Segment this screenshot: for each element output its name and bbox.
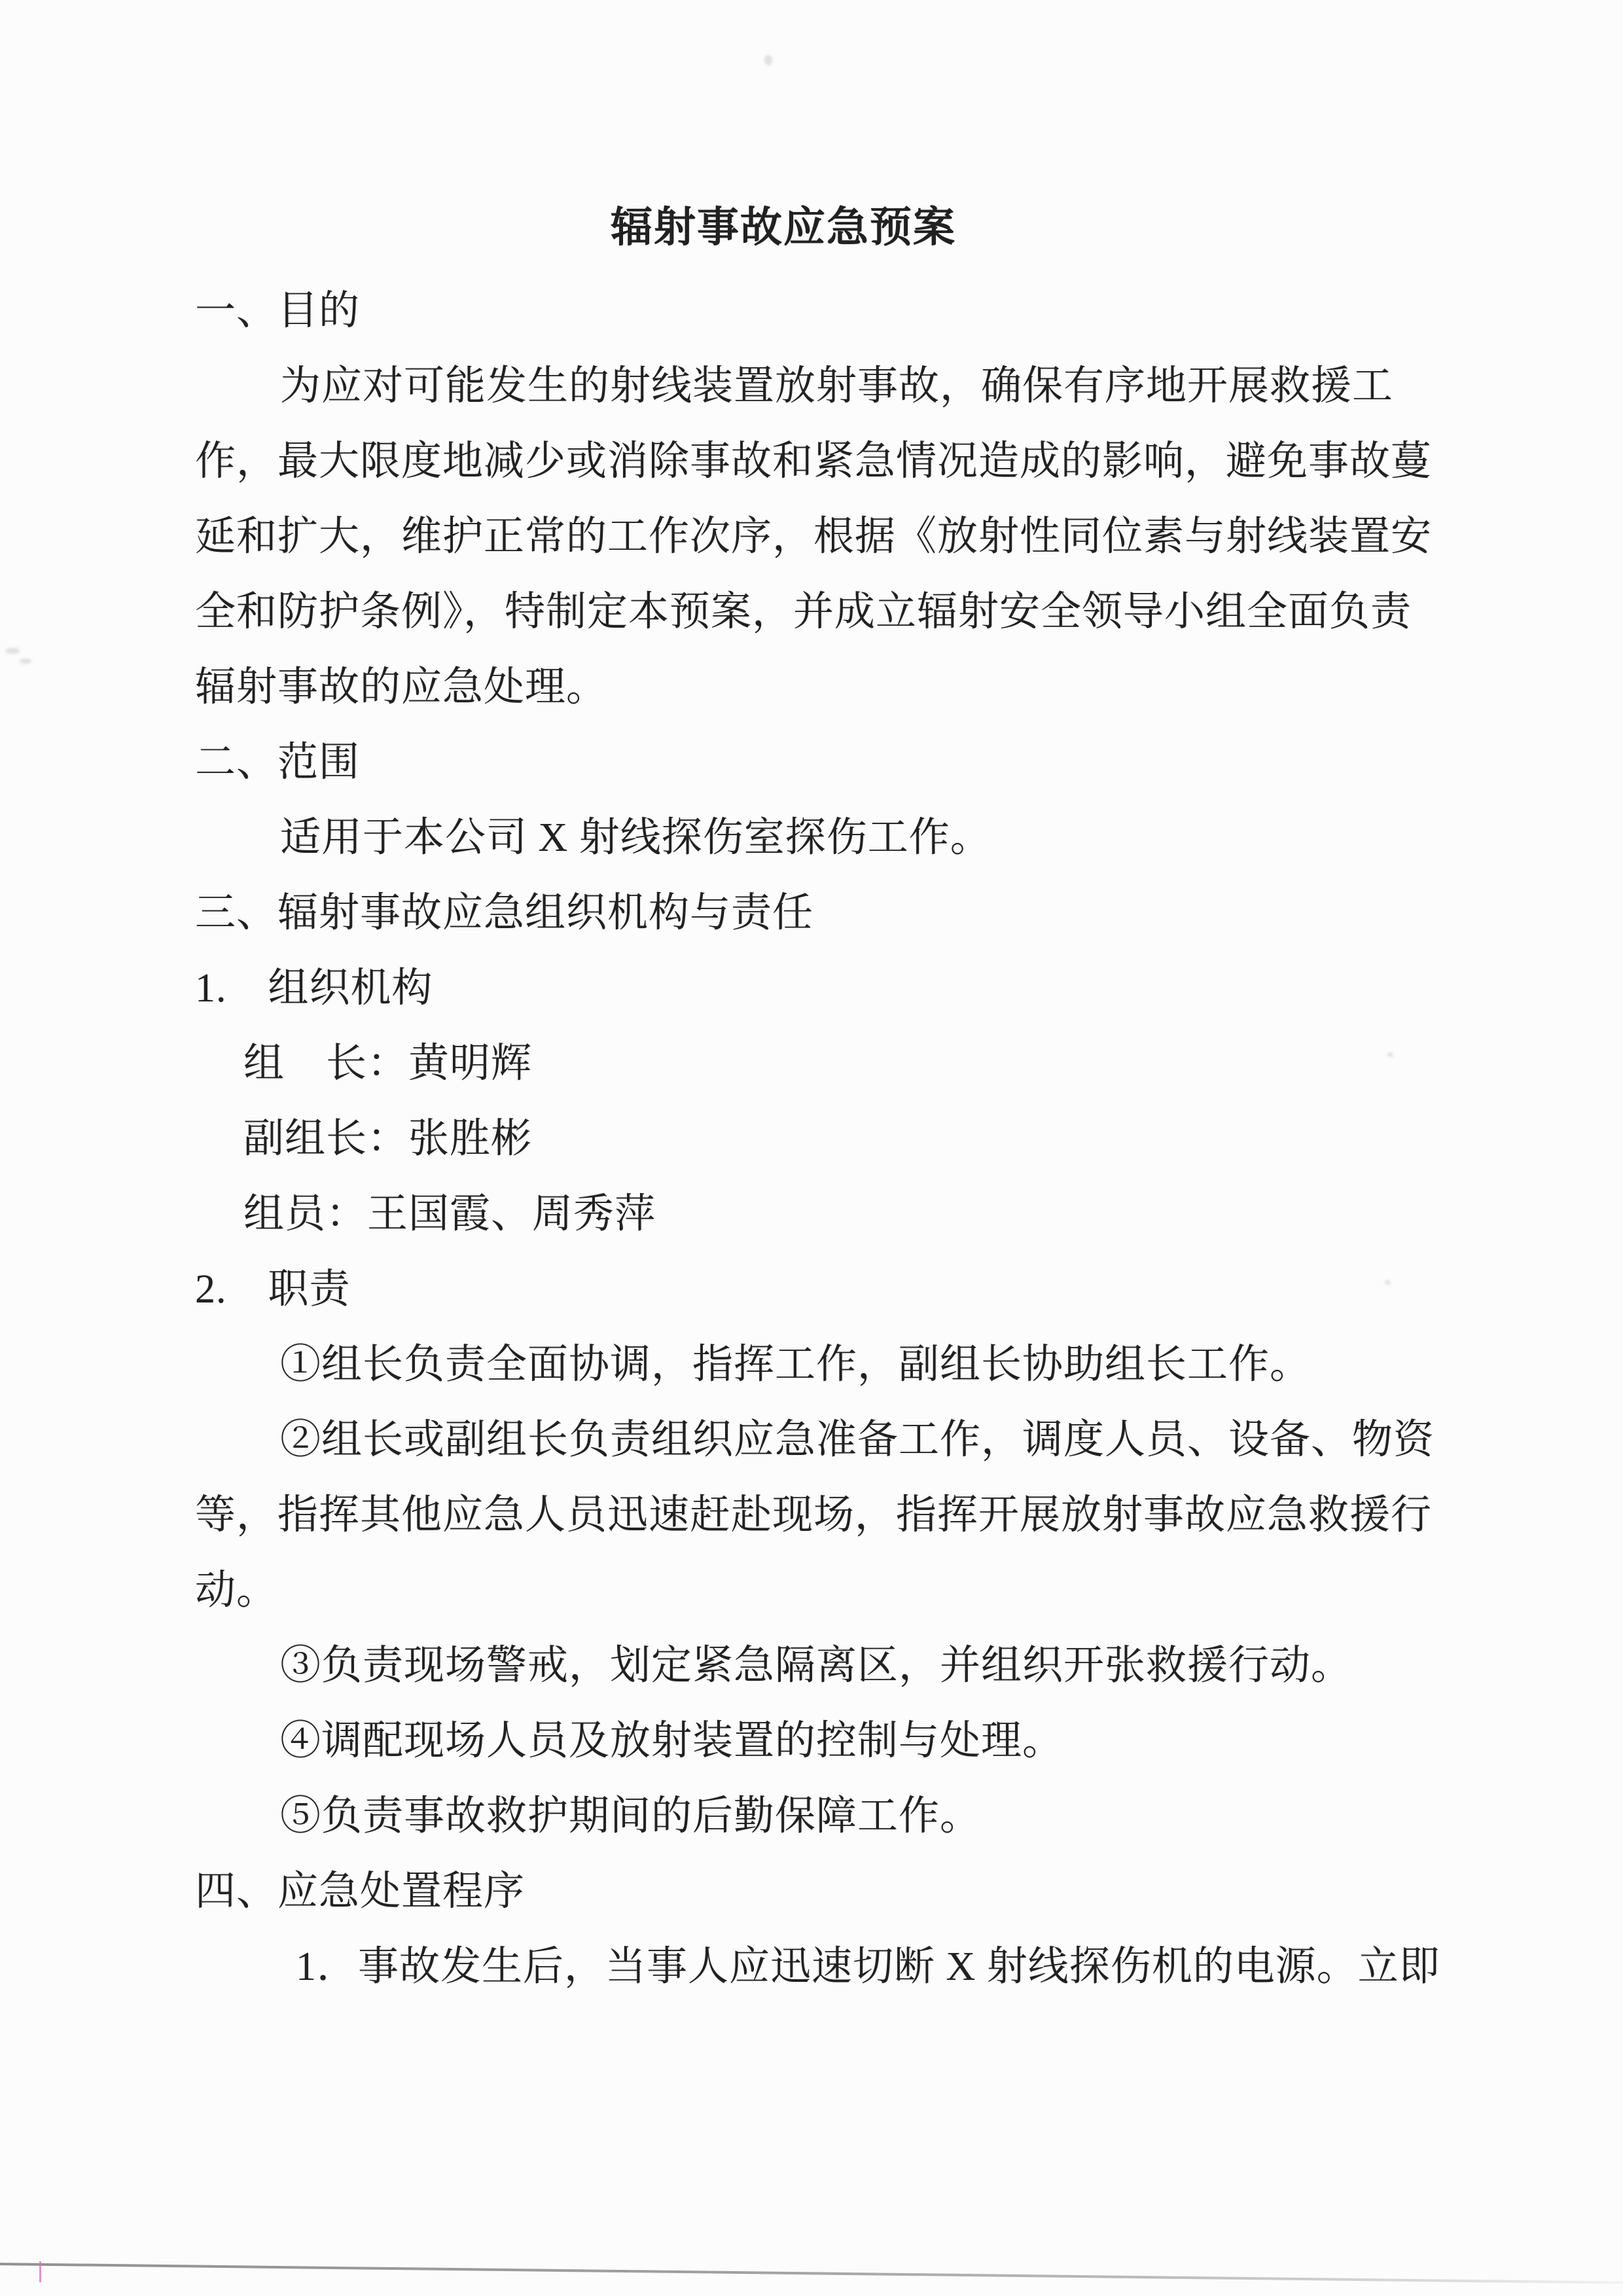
paragraph-line: ③负责现场警戒，划定紧急隔离区，并组织开张救援行动。 [0, 1628, 1623, 1704]
procedure-step-line: 1．事故发生后，当事人应迅速切断 X 射线探伤机的电源。立即 [0, 1929, 1623, 2005]
document-body: 一、目的为应对可能发生的射线装置放射事故，确保有序地开展救援工作，最大限度地减少… [0, 274, 1623, 2005]
scan-artifact-pink-mark [39, 2261, 41, 2282]
section-heading: 二、范围 [0, 725, 1623, 800]
paragraph-line: ④调配现场人员及放射装置的控制与处理。 [0, 1704, 1623, 1779]
paragraph-line: 作，最大限度地减少或消除事故和紧急情况造成的影响，避免事故蔓 [0, 424, 1623, 499]
paragraph-line: 适用于本公司 X 射线探伤室探伤工作。 [0, 800, 1623, 876]
section-heading: 一、目的 [0, 274, 1623, 349]
section-heading: 三、辐射事故应急组织机构与责任 [0, 876, 1623, 951]
section-heading: 2. 职责 [0, 1252, 1623, 1327]
paragraph-line: ②组长或副组长负责组织应急准备工作，调度人员、设备、物资 [0, 1403, 1623, 1478]
section-heading: 1. 组织机构 [0, 951, 1623, 1026]
paragraph-line: 等，指挥其他应急人员迅速赶赴现场，指挥开展放射事故应急救援行 [0, 1478, 1623, 1553]
paper-edge-scan-line [0, 2263, 1623, 2284]
team-member-line: 组员：王国霞、周秀萍 [0, 1177, 1623, 1252]
paragraph-line: 延和扩大，维护正常的工作次序，根据《放射性同位素与射线装置安 [0, 499, 1623, 575]
scan-smudge [20, 658, 31, 664]
team-member-line: 副组长：张胜彬 [0, 1102, 1623, 1177]
paragraph-line: 为应对可能发生的射线装置放射事故，确保有序地开展救援工 [0, 349, 1623, 424]
document-title: 辐射事故应急预案 [0, 194, 1567, 254]
scan-smudge [1385, 1280, 1391, 1285]
team-member-line: 组 长：黄明辉 [0, 1026, 1623, 1102]
scan-smudge [1387, 1052, 1393, 1057]
scanned-document-page: 辐射事故应急预案 一、目的为应对可能发生的射线装置放射事故，确保有序地开展救援工… [0, 0, 1623, 2296]
paragraph-line: 辐射事故的应急处理。 [0, 650, 1623, 725]
paragraph-line: 全和防护条例》，特制定本预案，并成立辐射安全领导小组全面负责 [0, 575, 1623, 650]
paragraph-line: ①组长负责全面协调，指挥工作，副组长协助组长工作。 [0, 1327, 1623, 1403]
section-heading: 四、应急处置程序 [0, 1854, 1623, 1929]
scan-smudge [764, 55, 772, 65]
scan-smudge [5, 648, 20, 654]
paragraph-line: ⑤负责事故救护期间的后勤保障工作。 [0, 1779, 1623, 1854]
paragraph-line: 动。 [0, 1553, 1623, 1628]
